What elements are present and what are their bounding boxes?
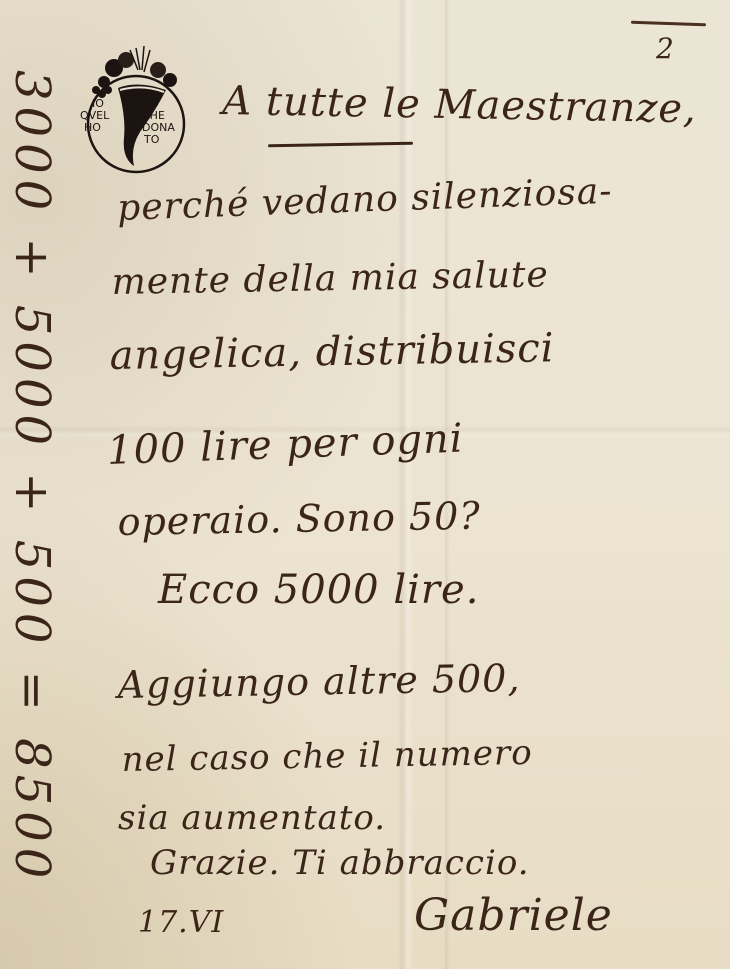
letter-line: Grazie. Ti abbraccio. <box>150 843 530 883</box>
page-number-bar <box>631 21 706 27</box>
margin-calculation: 3000 + 5000 + 500 = 8500 <box>4 70 60 884</box>
signature: Gabriele <box>414 890 613 941</box>
letter-line: 100 lire per ogni <box>106 416 464 474</box>
letter-line: mente della mia salute <box>111 254 549 303</box>
letter-line: angelica, distribuisci <box>109 325 555 379</box>
letter-line: operaio. Sono 50? <box>117 494 481 544</box>
letter-date: 17.VI <box>138 905 224 940</box>
letter-line: nel caso che il numero <box>121 733 533 780</box>
letter-line: Aggiungo altre 500, <box>117 656 521 707</box>
motto-left: IO QVEL HO <box>80 98 109 134</box>
cornucopia-icon: IO QVEL HO HO CHE DONA TO <box>78 40 194 175</box>
letter-line: Ecco 5000 lire. <box>158 567 479 613</box>
motto-right: HO CHE DONA TO <box>142 98 175 146</box>
page-number: 2 <box>656 32 674 65</box>
letter-line: perché vedano silenziosa- <box>117 171 613 229</box>
underline-stroke <box>268 142 413 148</box>
letter-page: 2 IO QVEL HO HO CHE DONA TO <box>0 0 730 969</box>
letter-line: sia aumentato. <box>118 798 386 838</box>
letter-line: A tutte le Maestranze, <box>222 78 697 132</box>
